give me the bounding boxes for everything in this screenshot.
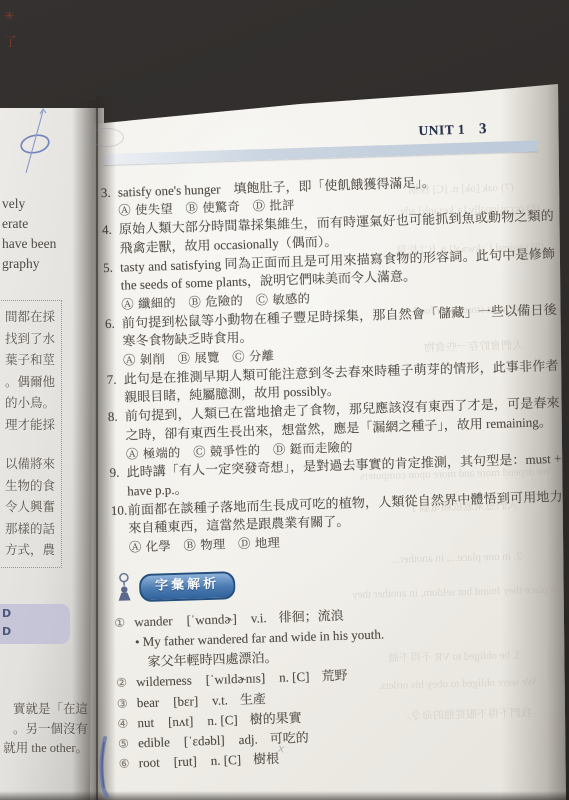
blue-pen-doodle-icon xyxy=(10,105,56,183)
text-fragment: 的小鳥。 xyxy=(5,393,55,415)
vocab-number: ⑥ xyxy=(118,753,139,774)
vocab-title-badge: 字彙解析 xyxy=(139,571,236,602)
vocab-phonetic: [rut] xyxy=(173,752,197,773)
bottom-edge-shadow xyxy=(0,791,569,800)
answer-option-box: D D xyxy=(0,604,70,644)
vocab-meaning: 樹根 xyxy=(253,749,280,770)
vocab-word: nut xyxy=(137,713,154,734)
text-fragment: 令人興奮 xyxy=(5,497,55,519)
answer-letter: D xyxy=(2,607,11,620)
vocab-pos: adj. xyxy=(238,729,258,750)
book-scan-photo: ✳ 了 vely erate have been graphy 間都在採 找到了… xyxy=(0,0,569,800)
bleed-through-text: 人們會貯存一些食物 xyxy=(424,337,523,356)
vocab-word: edible xyxy=(138,732,170,753)
blue-ink-smudge-icon xyxy=(95,736,115,798)
bleed-through-text: (7) oak [ok] n. [C] 橡樹 xyxy=(408,179,514,198)
vocab-meaning: 可吃的 xyxy=(269,728,309,749)
page-content: UNIT 1 3 3. satisfy one's hunger 填飽肚子，即「… xyxy=(98,96,569,774)
page-number: 3 xyxy=(479,121,487,137)
text-fragment: 理才能採 xyxy=(5,415,55,437)
vocab-pos: n. [C] xyxy=(207,710,238,731)
vocab-phonetic: [ˈɛdəbl] xyxy=(184,731,225,752)
red-asterisk-mark: ✳ xyxy=(4,4,17,30)
dotted-note-box: 間都在採 找到了水 葉子和莖 。偶爾他 的小鳥。 理才能採 以備將來 生物的食 … xyxy=(0,300,62,568)
vocab-phonetic: [ˈwɪldɚnɪs] xyxy=(205,669,265,691)
text-fragment: 找到了水 xyxy=(5,329,55,351)
bleed-through-text: 人們愈來愈依賴電腦了 xyxy=(408,497,518,516)
vocab-pos: v.i. xyxy=(251,608,267,629)
red-corner-marks: ✳ 了 xyxy=(4,4,17,56)
vocab-phonetic: [bɛr] xyxy=(173,691,199,712)
vocab-meaning: 荒野 xyxy=(321,666,348,687)
text-fragment: vely xyxy=(2,194,56,214)
text-fragment: 間都在採 xyxy=(5,307,55,329)
vocab-number: ⑤ xyxy=(118,733,139,754)
faint-ellipse-impression-icon xyxy=(90,128,124,147)
vocab-meaning: 徘徊；流浪 xyxy=(278,606,344,628)
text-fragment: erate xyxy=(2,214,56,234)
text-fragment: 生物的食 xyxy=(5,476,55,498)
vocab-word: root xyxy=(138,753,160,774)
text-fragment: 葉子和莖 xyxy=(5,350,55,372)
vocab-word: wander xyxy=(134,611,173,632)
text-fragment: have been xyxy=(2,234,56,254)
vocab-number: ① xyxy=(114,612,135,633)
text-fragment: 。偶爾他 xyxy=(5,372,55,394)
vocab-phonetic: [nʌt] xyxy=(168,711,194,732)
vocab-pos: n. [C] xyxy=(279,667,310,688)
unit-label: UNIT 1 xyxy=(418,122,465,138)
vocab-phonetic: [ˈwɑndɚ] xyxy=(186,609,237,631)
answer-letter: D xyxy=(2,625,11,638)
vocab-word: bear xyxy=(137,692,160,713)
vocab-meaning: 樹的果實 xyxy=(249,708,302,730)
vocab-number: ② xyxy=(116,673,137,694)
vocab-pos: n. [C] xyxy=(210,750,241,771)
text-fragment: 以備將來 xyxy=(5,454,55,476)
spine-shadow xyxy=(96,96,116,800)
text-fragment: 方式，農 xyxy=(5,540,55,562)
vocab-number: ③ xyxy=(117,693,138,714)
red-stroke-mark: 了 xyxy=(4,30,17,56)
boxed-chinese-column: 間都在採 找到了水 葉子和莖 。偶爾他 的小鳥。 理才能採 以備將來 生物的食 … xyxy=(5,307,55,562)
vocab-word: wilderness xyxy=(136,671,192,693)
left-page-english-fragments: vely erate have been graphy xyxy=(2,194,56,274)
vocab-meaning: 生產 xyxy=(240,689,267,710)
vocabulary-mascot-icon xyxy=(115,572,134,603)
vocab-pos: v.t. xyxy=(212,690,228,711)
text-fragment: graphy xyxy=(2,254,56,274)
text-fragment: 那樣的話 xyxy=(5,519,55,541)
vocab-number: ④ xyxy=(117,713,138,734)
spine-shadow xyxy=(72,100,98,800)
